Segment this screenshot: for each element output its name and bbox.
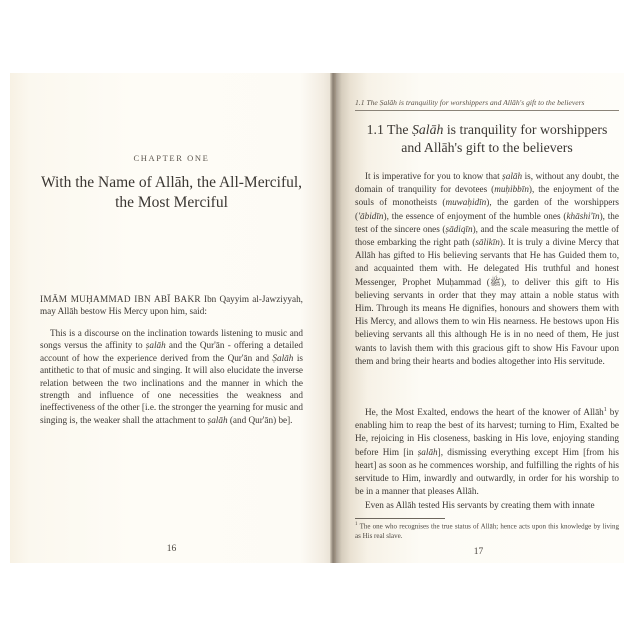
italic-term: Ṣalāh [412,122,443,137]
italic-term: Ṣalāh [272,353,293,363]
italic-term: ṣādiqīn [446,224,473,234]
italic-term: sālikīn [475,237,500,247]
running-head: 1.1 The Ṣalāh is tranquility for worship… [355,98,619,107]
text-run: He, the Most Exalted, endows the heart o… [365,407,604,417]
left-body-paragraph: This is a discourse on the inclination t… [40,327,303,426]
intro-paragraph: IMĀM MUḤAMMAD IBN ABĪ BAKR Ibn Qayyim al… [40,293,303,318]
section-title: 1.1 The Ṣalāh is tranquility for worship… [355,121,619,157]
page-number-right: 17 [333,547,624,557]
right-paragraph-2: He, the Most Exalted, endows the heart o… [355,404,619,498]
italic-term: khāshi'īn [566,211,599,221]
footnote-text: The one who recognises the true status o… [355,522,619,540]
text-run: Even as Allāh tested His servants by cre… [355,499,619,512]
italic-term: 'ābidīn [358,211,383,221]
footnote: 1 The one who recognises the true status… [355,520,619,541]
italic-term: ṣalāh [502,171,522,181]
text-run: ). It is truly a divine Mercy that Allāh… [355,237,619,366]
right-paragraph-3: Even as Allāh tested His servants by cre… [355,499,619,512]
text-run: 1.1 The [367,122,412,137]
italic-term: muḥibbīn [494,184,529,194]
right-paragraph-1: It is imperative for you to know that ṣa… [355,170,619,368]
text-run: (and Qur'ān) be]. [228,415,293,425]
left-page: CHAPTER ONE With the Name of Allāh, the … [10,73,333,563]
book-spine-gutter [330,73,336,563]
footnote-rule [355,518,445,519]
text-run: ), the essence of enjoyment of the humbl… [384,211,567,221]
italic-term: ṣalāh [146,340,166,350]
author-name: IMĀM MUḤAMMAD IBN ABĪ BAKR [40,294,201,304]
right-page: 1.1 The Ṣalāh is tranquility for worship… [333,73,624,563]
running-head-rule [355,110,619,111]
book-spread: CHAPTER ONE With the Name of Allāh, the … [10,73,624,563]
page-number-left: 16 [10,544,333,554]
italic-term: ṣalāh [418,447,438,457]
text-run: It is imperative for you to know that [365,171,502,181]
italic-term: muwaḥidīn [445,197,486,207]
chapter-label: CHAPTER ONE [10,153,333,163]
italic-term: ṣalāh [208,415,228,425]
chapter-title: With the Name of Allāh, the All-Merciful… [30,173,313,213]
